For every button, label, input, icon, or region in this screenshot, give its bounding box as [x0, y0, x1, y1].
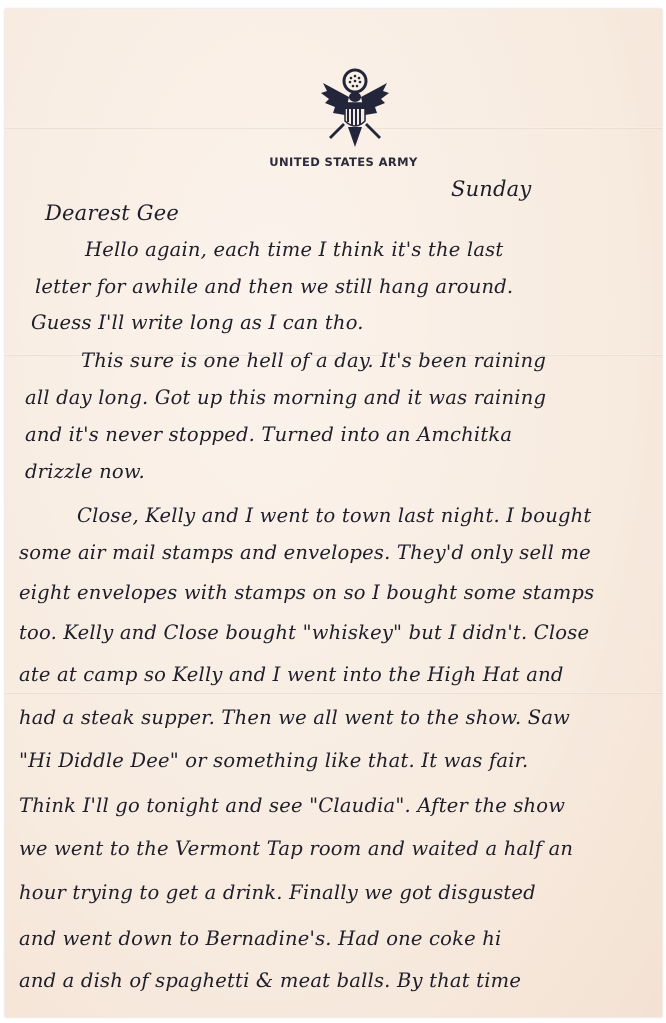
letter-line: drizzle now.: [25, 460, 145, 483]
letter-line: Close, Kelly and I went to town last nig…: [77, 504, 591, 527]
letter-line: all day long. Got up this morning and it…: [25, 386, 546, 409]
letter-line: had a steak supper. Then we all went to …: [19, 706, 570, 729]
letter-line: too. Kelly and Close bought "whiskey" bu…: [19, 621, 589, 644]
letter-line: we went to the Vermont Tap room and wait…: [19, 837, 573, 860]
letter-line: Hello again, each time I think it's the …: [85, 238, 503, 261]
paper-fold-line: [5, 692, 662, 694]
letter-line: and it's never stopped. Turned into an A…: [25, 423, 512, 446]
letter-line: Think I'll go tonight and see "Claudia".…: [19, 794, 565, 817]
letter-line: This sure is one hell of a day. It's bee…: [81, 349, 546, 372]
letter-date: Sunday: [451, 177, 531, 201]
letter-line: ate at camp so Kelly and I went into the…: [19, 663, 564, 686]
letter-page: UNITED STATES ARMY Sunday Dearest Gee He…: [5, 9, 662, 1017]
letter-line: and a dish of spaghetti & meat balls. By…: [19, 969, 521, 992]
letter-line: some air mail stamps and envelopes. They…: [19, 541, 591, 564]
letter-line: eight envelopes with stamps on so I boug…: [19, 581, 594, 604]
letter-line: hour trying to get a drink. Finally we g…: [19, 881, 536, 904]
letter-line: letter for awhile and then we still hang…: [35, 275, 513, 298]
great-seal-eagle-icon: [315, 67, 395, 151]
letterhead-title: UNITED STATES ARMY: [5, 155, 662, 169]
letter-line: "Hi Diddle Dee" or something like that. …: [19, 749, 528, 772]
letter-salutation: Dearest Gee: [45, 201, 179, 225]
letter-line: and went down to Bernadine's. Had one co…: [19, 927, 501, 950]
letter-line: Guess I'll write long as I can tho.: [31, 311, 364, 334]
